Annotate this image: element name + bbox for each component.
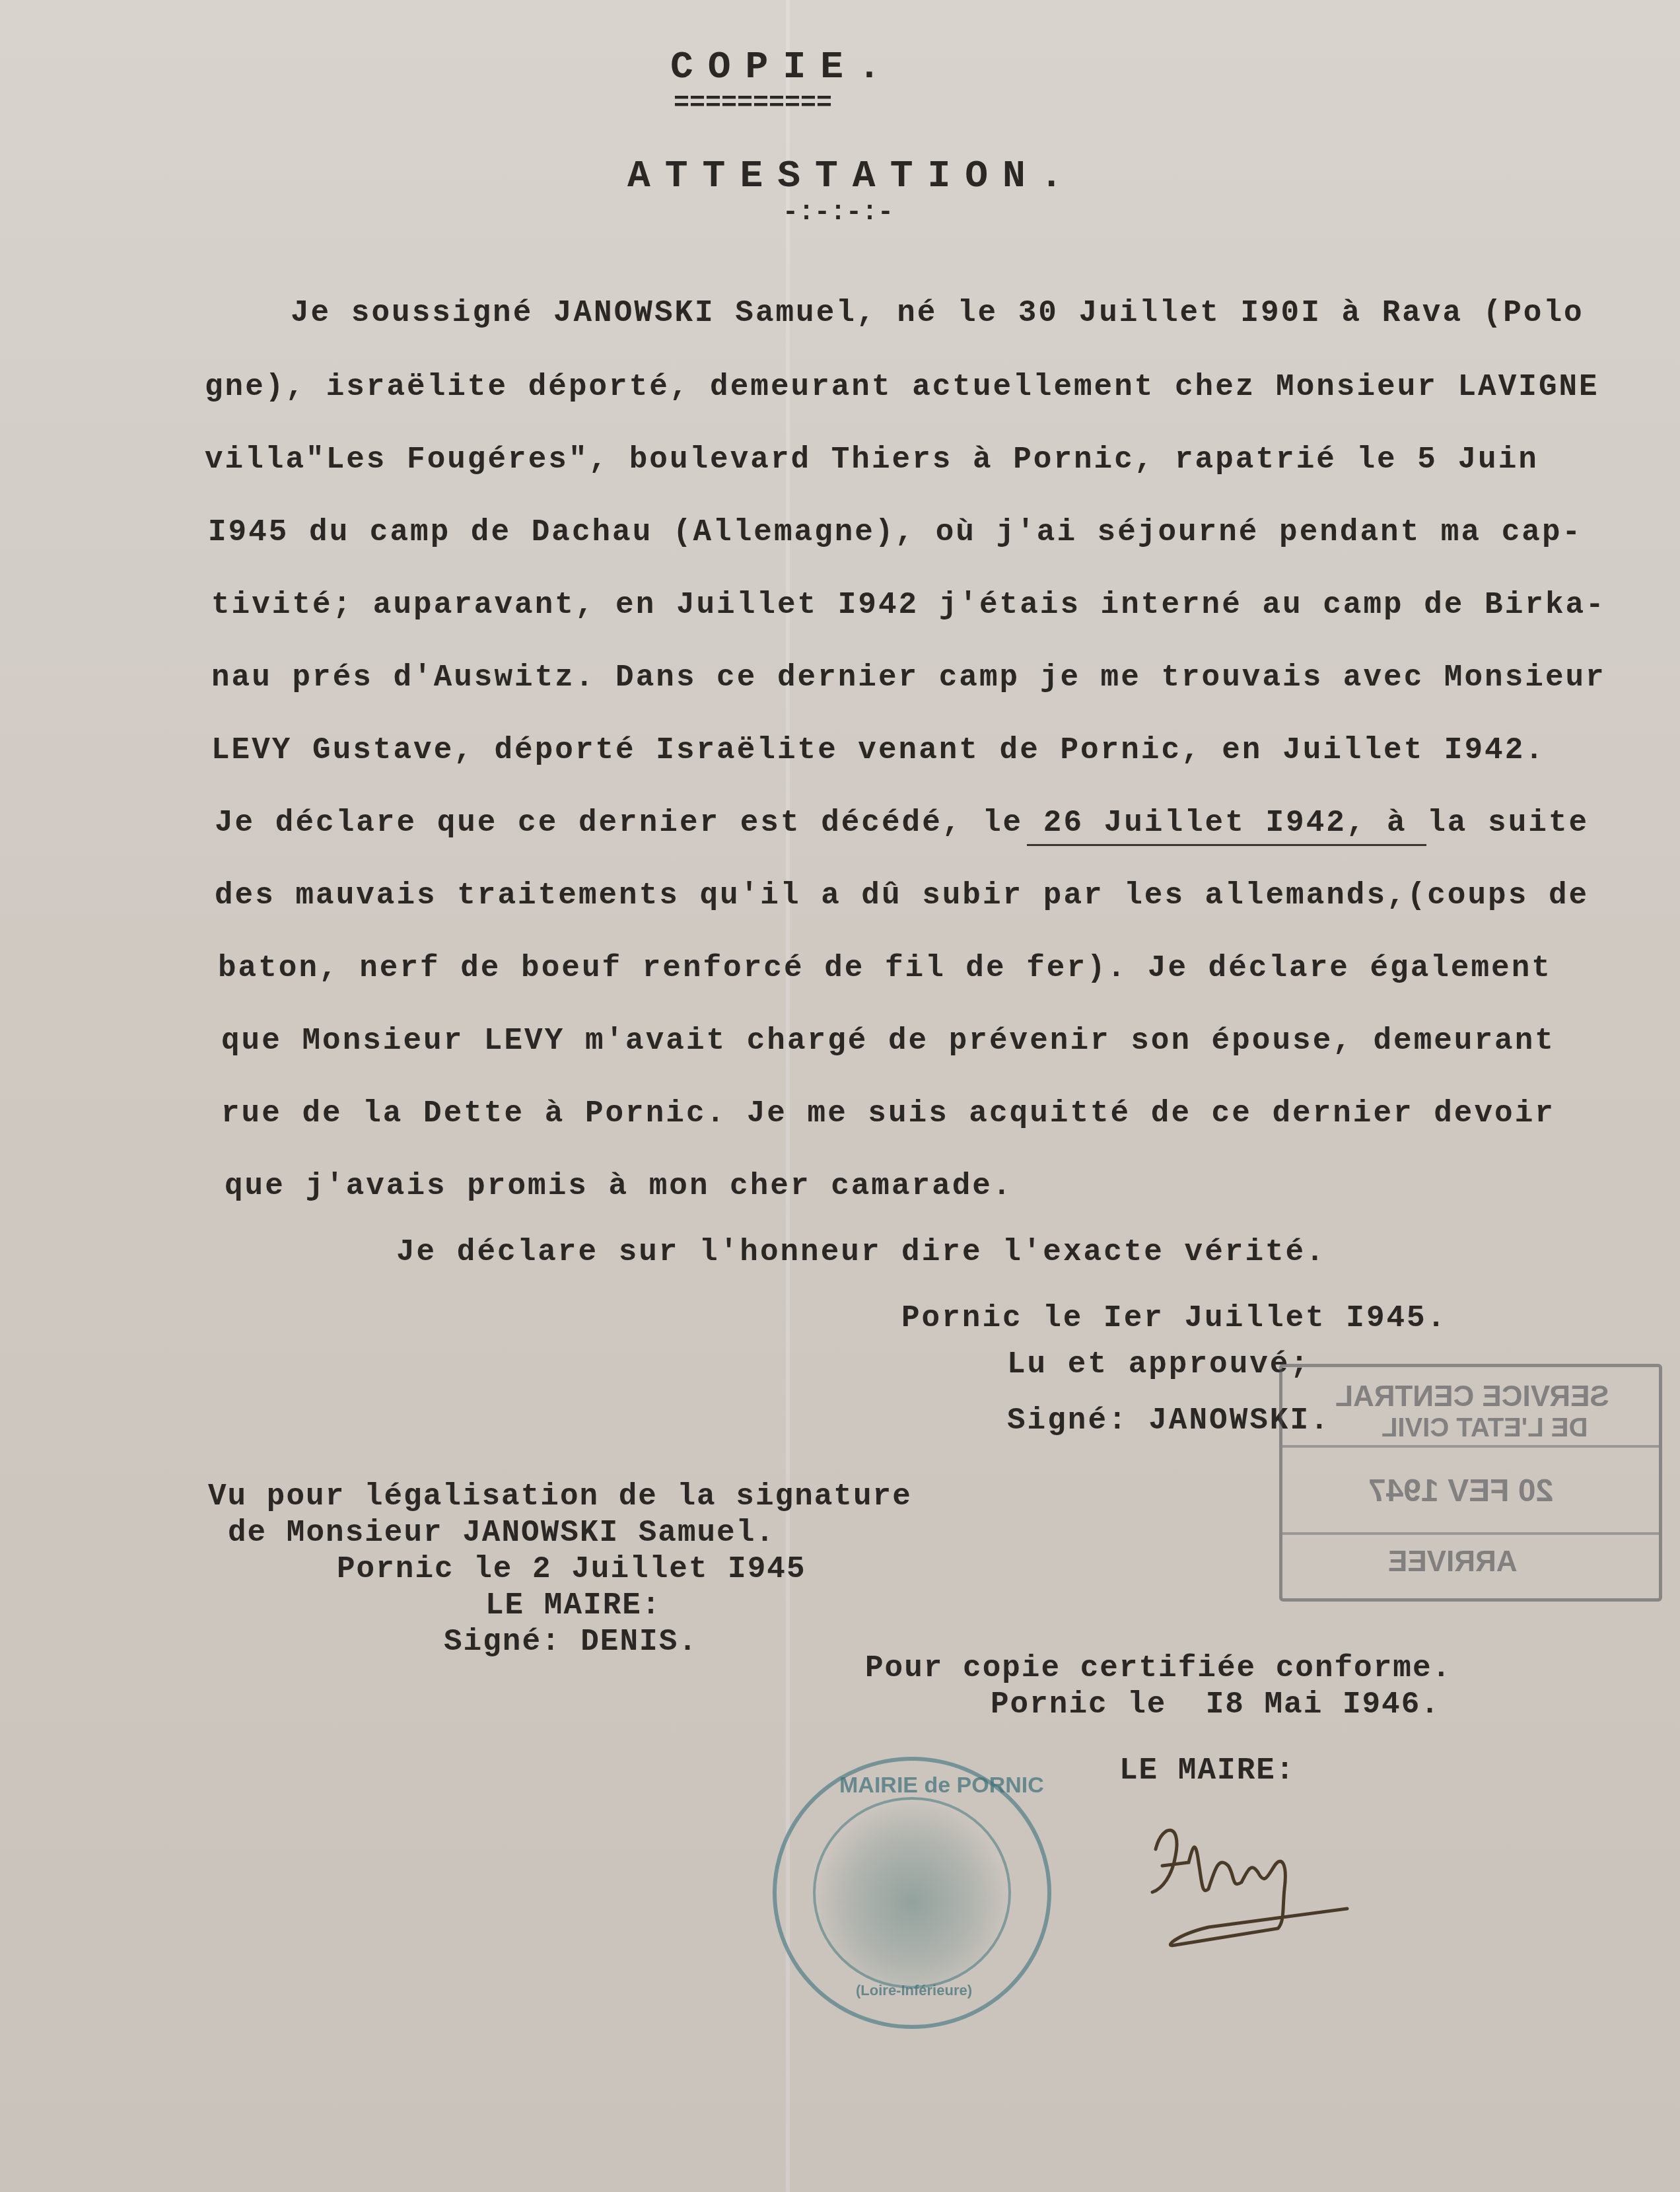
- body-line: tivité; auparavant, en Juillet I942 j'ét…: [211, 588, 1606, 622]
- certification-line1: Pour copie certifiée conforme.: [865, 1651, 1452, 1685]
- seal-bottom-text: (Loire-Inférieure): [856, 1982, 972, 1999]
- underline-mark: [1027, 844, 1426, 846]
- legalisation-mayor: LE MAIRE:: [485, 1588, 661, 1623]
- body-line: nau prés d'Auswitz. Dans ce dernier camp…: [211, 660, 1606, 695]
- legalisation-signed: Signé: DENIS.: [444, 1625, 698, 1659]
- stamp-status: ARRIVEE: [1388, 1545, 1518, 1578]
- received-stamp: SERVICE CENTRAL DE L'ETAT CIVIL 20 FEV 1…: [1279, 1364, 1662, 1602]
- mayor-signature: [1136, 1810, 1374, 1948]
- certification-mayor: LE MAIRE:: [1119, 1753, 1295, 1788]
- body-line: que Monsieur LEVY m'avait chargé de prév…: [221, 1024, 1555, 1058]
- body-line: Je soussigné JANOWSKI Samuel, né le 30 J…: [291, 296, 1584, 330]
- legalisation-line1: Vu pour légalisation de la signature: [208, 1479, 912, 1514]
- body-line: rue de la Dette à Pornic. Je me suis acq…: [221, 1096, 1555, 1131]
- body-line: que j'avais promis à mon cher camarade.: [225, 1169, 1013, 1203]
- mairie-seal: MAIRIE de PORNIC (Loire-Inférieure): [773, 1757, 1051, 2029]
- subtitle-rule: -:-:-:-: [783, 198, 893, 228]
- document-subtitle: ATTESTATION.: [627, 155, 1078, 198]
- legalisation-line3: Pornic le 2 Juillet I945: [337, 1552, 806, 1586]
- stamp-line1: SERVICE CENTRAL: [1335, 1380, 1609, 1413]
- title-rule: ==========: [674, 89, 832, 119]
- body-line: I945 du camp de Dachau (Allemagne), où j…: [208, 515, 1582, 549]
- body-line: baton, nerf de boeuf renforcé de fil de …: [218, 951, 1552, 985]
- seal-top-text: MAIRIE de PORNIC: [839, 1773, 1044, 1798]
- certification-date: Pornic le I8 Mai I946.: [991, 1687, 1440, 1722]
- body-line: des mauvais traitements qu'il a dû subir…: [215, 878, 1589, 913]
- seal-emblem: [813, 1797, 1011, 1989]
- place-date: Pornic le Ier Juillet I945.: [901, 1301, 1447, 1335]
- body-line: villa"Les Fougéres", boulevard Thiers à …: [205, 442, 1539, 477]
- document-page: COPIE. ========== ATTESTATION. -:-:-:- J…: [0, 0, 1680, 2192]
- body-line: gne), israëlite déporté, demeurant actue…: [205, 370, 1599, 404]
- declaration-line: Je déclare sur l'honneur dire l'exacte v…: [396, 1235, 1326, 1269]
- document-title: COPIE.: [670, 46, 895, 89]
- stamp-line2: DE L'ETAT CIVIL: [1382, 1413, 1588, 1443]
- approved-text: Lu et approuvé;: [1007, 1347, 1310, 1382]
- body-line: Je déclare que ce dernier est décédé, le…: [215, 806, 1589, 840]
- stamp-date: 20 FEV 1947: [1368, 1473, 1553, 1509]
- legalisation-line2: de Monsieur JANOWSKI Samuel.: [228, 1516, 775, 1550]
- body-line: LEVY Gustave, déporté Israëlite venant d…: [211, 733, 1545, 767]
